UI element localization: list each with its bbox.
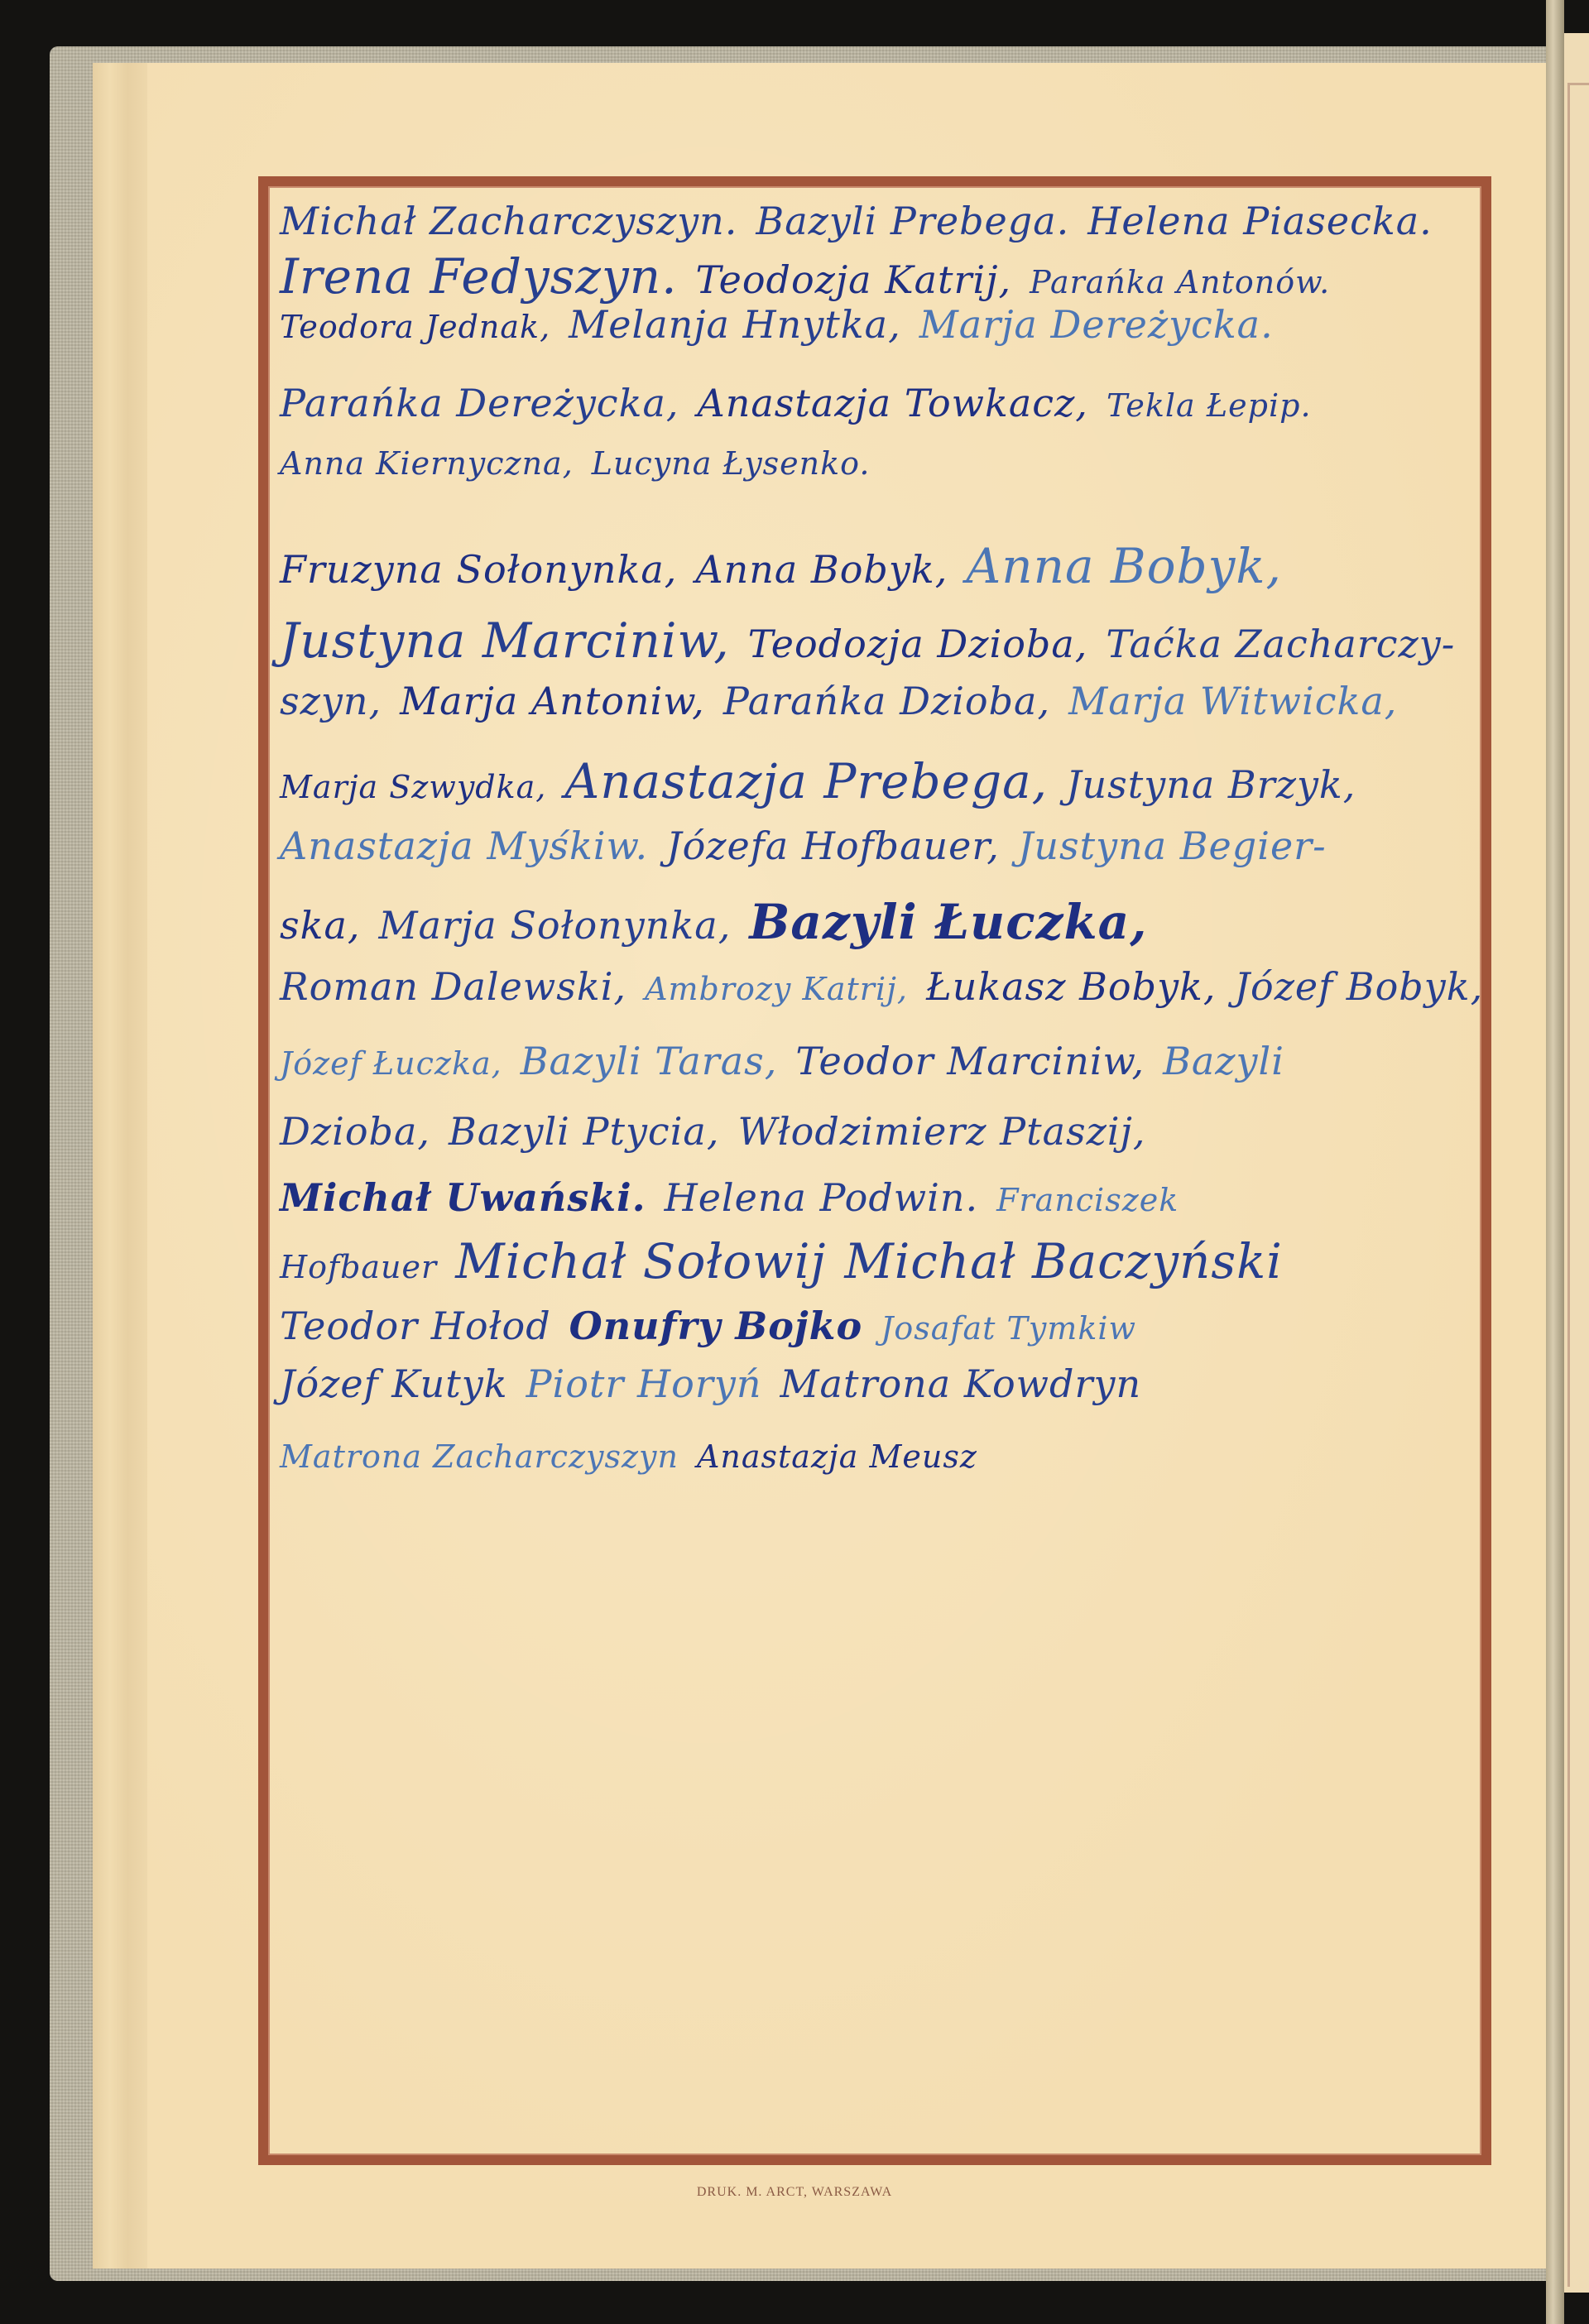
- signature-line: Fruzyna Sołonynka,Anna Bobyk,Anna Bobyk,: [280, 538, 1300, 594]
- signature: Anna Bobyk,: [966, 538, 1282, 594]
- signature: Teodor Marciniw,: [795, 1039, 1145, 1083]
- signature: Hofbauer: [280, 1249, 437, 1285]
- signature-line: Teodor HołodOnufry BojkoJosafat Tymkiw: [280, 1304, 1155, 1348]
- printer-imprint: DRUK. M. ARCT, WARSZAWA: [0, 2185, 1589, 2200]
- signature: Bazyli Łuczka,: [749, 894, 1147, 950]
- signature-line: Dzioba,Bazyli Ptycia,Włodzimierz Ptaszij…: [280, 1109, 1164, 1154]
- signature-line: HofbauerMichał SołowijMichał Baczyński: [280, 1233, 1301, 1289]
- signature: Teodozja Dzioba,: [748, 622, 1088, 666]
- signature: szyn,: [280, 679, 382, 723]
- signature: Dzioba,: [280, 1109, 430, 1154]
- signature: Józefa Hofbauer,: [666, 823, 1000, 868]
- signature: Marja Szwydka,: [280, 769, 546, 805]
- signature: Parańka Dereżycka,: [280, 381, 679, 425]
- signature: Justyna Marciniw,: [280, 612, 730, 669]
- signature: Michał Uwański.: [280, 1175, 646, 1220]
- signature: Piotr Horyń: [526, 1361, 762, 1406]
- signature-line: Józef Łuczka,Bazyli Taras,Teodor Marcini…: [280, 1039, 1303, 1083]
- signature: Anastazja Prebega,: [564, 753, 1048, 809]
- signature: Roman Dalewski,: [280, 964, 626, 1009]
- signature: Helena Piasecka.: [1087, 199, 1433, 243]
- signature-line: Anna Kiernyczna,Lucyna Łysenko.: [280, 439, 888, 483]
- signature: Marja Dereżycka.: [919, 302, 1274, 347]
- signature: Melanja Hnytka,: [569, 302, 901, 347]
- signature-line: Michał Uwański.Helena Podwin.Franciszek: [280, 1175, 1197, 1220]
- signature: Onufry Bojko: [569, 1304, 862, 1348]
- signature: Tekla Łepip.: [1107, 387, 1312, 424]
- signature: Anastazja Towkacz,: [698, 381, 1088, 425]
- facing-page-frame: [1567, 83, 1589, 2287]
- facing-page-edge: [1564, 33, 1589, 2293]
- signature: Józef Łuczka,: [280, 1045, 502, 1082]
- signature-line: Matrona ZacharczyszynAnastazja Meusz: [280, 1432, 996, 1477]
- signature: Marja Antoniw,: [400, 679, 705, 723]
- signature: Anna Bobyk,: [695, 547, 948, 592]
- signature-line: Anastazja Myśkiw.Józefa Hofbauer,Justyna…: [280, 823, 1345, 868]
- signature-line: szyn,Marja Antoniw,Parańka Dzioba,Marja …: [280, 679, 1415, 723]
- signature-line: Teodora Jednak,Melanja Hnytka,Marja Dere…: [280, 302, 1292, 347]
- signature: Anna Kiernyczna,: [280, 445, 574, 482]
- signature: Anastazja Meusz: [697, 1438, 977, 1475]
- signature: Bazyli Ptycia,: [449, 1109, 719, 1154]
- signature-line: Justyna Marciniw,Teodozja Dzioba,Taćka Z…: [280, 612, 1473, 669]
- signature: Marja Witwicka,: [1068, 679, 1397, 723]
- signature: Justyna Brzyk,: [1066, 762, 1356, 807]
- signature: Teodor Hołod: [280, 1304, 551, 1348]
- signature: ska,: [280, 903, 361, 948]
- signature-line: Marja Szwydka,Anastazja Prebega,Justyna …: [280, 753, 1374, 809]
- signature: Parańka Dzioba,: [723, 679, 1050, 723]
- signature-line: Parańka Dereżycka,Anastazja Towkacz,Tekl…: [280, 381, 1330, 425]
- signature: Michał Zacharczyszyn.: [280, 199, 737, 243]
- signature: Justyna Begier-: [1018, 823, 1327, 868]
- signature: Włodzimierz Ptaszij,: [737, 1109, 1145, 1154]
- signature: Lucyna Łysenko.: [592, 445, 871, 482]
- signature-line: Irena Fedyszyn.Teodozja Katrij,Parańka A…: [280, 248, 1348, 305]
- signature: Teodora Jednak,: [280, 309, 550, 345]
- signature: Teodozja Katrij,: [696, 257, 1012, 302]
- signature: Bazyli: [1163, 1039, 1284, 1083]
- signature-line: Michał Zacharczyszyn.Bazyli Prebega.Hele…: [280, 199, 1451, 243]
- signature: Ambrozy Katrij,: [645, 971, 908, 1007]
- signature: Matrona Kowdryn: [780, 1361, 1141, 1406]
- signature: Michał Sołowij: [455, 1233, 826, 1289]
- signature-line: Józef KutykPiotr HoryńMatrona Kowdryn: [280, 1361, 1159, 1406]
- signature: Franciszek: [996, 1182, 1179, 1218]
- signature: Parańka Antonów.: [1030, 264, 1330, 300]
- signature: Matrona Zacharczyszyn: [280, 1438, 679, 1475]
- signature: Fruzyna Sołonynka,: [280, 547, 677, 592]
- book-gutter: [1546, 0, 1564, 2324]
- signature: Bazyli Taras,: [521, 1039, 778, 1083]
- signature: Taćka Zacharczy-: [1106, 622, 1455, 666]
- signature-line: ska,Marja Sołonynka,Bazyli Łuczka,: [280, 894, 1165, 950]
- signature: Józef Bobyk,: [1235, 964, 1484, 1009]
- signature: Irena Fedyszyn.: [280, 248, 678, 305]
- signature: Marja Sołonynka,: [379, 903, 732, 948]
- signature: Łukasz Bobyk,: [926, 964, 1217, 1009]
- page-edges: [93, 63, 151, 2269]
- signature: Michał Baczyński: [844, 1233, 1282, 1289]
- signature: Bazyli Prebega.: [756, 199, 1069, 243]
- signature: Anastazja Myśkiw.: [280, 823, 648, 868]
- signature: Josafat Tymkiw: [881, 1310, 1136, 1347]
- signature: Józef Kutyk: [280, 1361, 508, 1406]
- signature: Helena Podwin.: [665, 1175, 979, 1220]
- signature-line: Roman Dalewski,Ambrozy Katrij,Łukasz Bob…: [280, 964, 1501, 1009]
